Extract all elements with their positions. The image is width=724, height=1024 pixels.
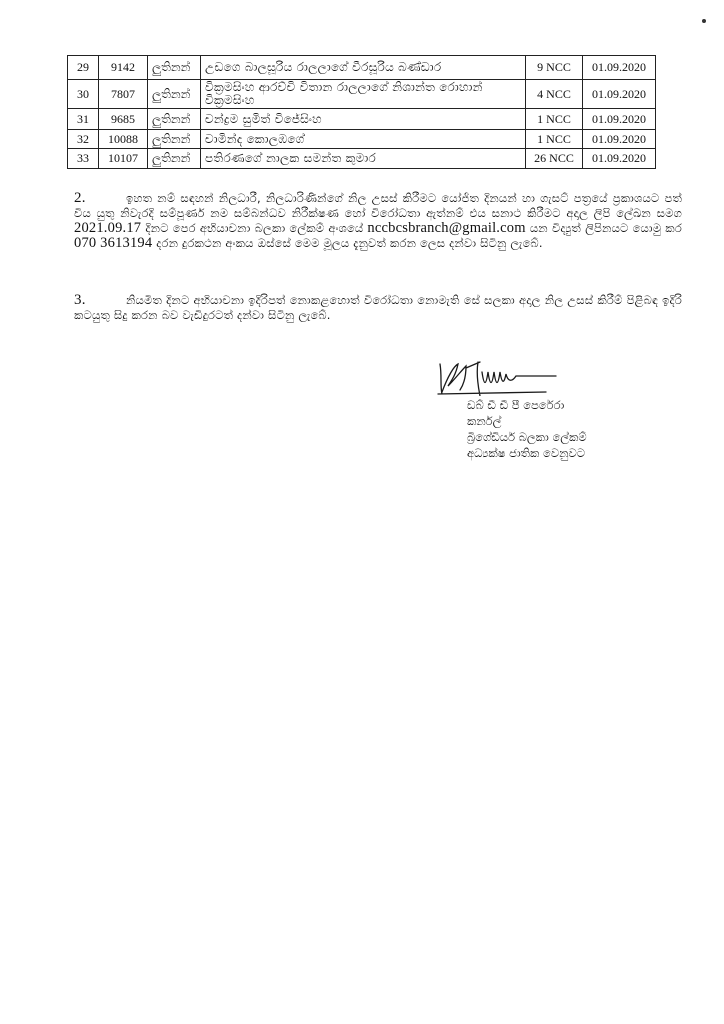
serial-number: 29 (68, 56, 99, 80)
document-page: 29 9142 ලුතිනන් උඩගෙ බාලසූරිය රාලලාගේ වී… (0, 0, 724, 1024)
paragraph-text: දිනට පෙර අභියාචනා බලකා ලේකම් අංශයේ (145, 221, 363, 235)
promotion-date: 01.09.2020 (583, 130, 656, 149)
paragraph-number: 3. (74, 293, 126, 308)
promotion-date: 01.09.2020 (583, 109, 656, 130)
officer-number: 9685 (99, 109, 148, 130)
table-row: 29 9142 ලුතිනන් උඩගෙ බාලසූරිය රාලලාගේ වී… (68, 56, 656, 80)
table-row: 32 10088 ලුතිනන් චාමින්ද කොලඹගේ 1 NCC 01… (68, 130, 656, 149)
signatory-on-behalf: අධ්‍යක්ෂ ජාතික වෙනුවට (467, 445, 587, 461)
officer-rank: ලුතිනන් (148, 80, 201, 109)
table-row: 30 7807 ලුතිනන් වික්‍රමසිංහ ආරච්චි විතාන… (68, 80, 656, 109)
signatory-name: ඩබ් ඩී ඩී පී පෙරේරා (467, 397, 587, 413)
officer-name: උඩගෙ බාලසූරිය රාලලාගේ වීරසූරිය බණ්ඩාර (201, 56, 526, 80)
promotion-date: 01.09.2020 (583, 149, 656, 169)
serial-number: 31 (68, 109, 99, 130)
officer-name: පතිරණගේ නාලක සමන්ත කුමාර (201, 149, 526, 169)
scan-mark-dot (702, 19, 706, 23)
serial-number: 33 (68, 149, 99, 169)
signatory-rank: කර්නල් (467, 413, 587, 429)
deadline-date: 2021.09.17 (74, 220, 141, 236)
officer-unit: 1 NCC (526, 130, 583, 149)
serial-number: 32 (68, 130, 99, 149)
promotion-date: 01.09.2020 (583, 56, 656, 80)
officer-rank: ලුතිනන් (148, 109, 201, 130)
paragraph-text: ඉහත නම් සඳහන් නිලධාරී, නිලධාරිණින්ගේ නිල… (74, 191, 682, 220)
paragraph-appeal-instructions: 2.ඉහත නම් සඳහන් නිලධාරී, නිලධාරිණින්ගේ න… (74, 191, 682, 251)
signatory-block: ඩබ් ඩී ඩී පී පෙරේරා කර්නල් බ්‍රිගේඩියර් … (467, 397, 587, 461)
serial-number: 30 (68, 80, 99, 109)
officer-rank: ලුතිනන් (148, 130, 201, 149)
officer-number: 9142 (99, 56, 148, 80)
paragraph-text: දරන දුරකථන අංකය ඔස්සේ මෙම මූලය දැනුවත් ක… (156, 236, 543, 250)
table-row: 31 9685 ලුතිනන් චන්ද්‍රම සුමිත් විජේසිංහ… (68, 109, 656, 130)
officer-unit: 26 NCC (526, 149, 583, 169)
contact-phone: 070 3613194 (74, 235, 152, 251)
paragraph-no-appeal-notice: 3.නියමිත දිනට අභියාචනා ඉදිරිපත් නොකළහොත්… (74, 293, 682, 323)
officer-name: වික්‍රමසිංහ ආරච්චි විතාන රාලලාගේ නිශාන්ත… (201, 80, 526, 109)
paragraph-text: යන විද්‍යුත් ලිපිනයට යොමු කර (530, 221, 682, 235)
officer-rank: ලුතිනන් (148, 56, 201, 80)
officer-rank: ලුතිනන් (148, 149, 201, 169)
promotion-list-table: 29 9142 ලුතිනන් උඩගෙ බාලසූරිය රාලලාගේ වී… (67, 55, 656, 169)
signatory-title: බ්‍රිගේඩියර් බලකා ලේකම් (467, 429, 587, 445)
officer-number: 10088 (99, 130, 148, 149)
table-row: 33 10107 ලුතිනන් පතිරණගේ නාලක සමන්ත කුමා… (68, 149, 656, 169)
paragraph-text: නියමිත දිනට අභියාචනා ඉදිරිපත් නොකළහොත් ව… (74, 293, 682, 322)
officer-name: චාමින්ද කොලඹගේ (201, 130, 526, 149)
officer-number: 10107 (99, 149, 148, 169)
promotion-date: 01.09.2020 (583, 80, 656, 109)
contact-email-link[interactable]: nccbcsbranch@gmail.com (367, 220, 525, 236)
officer-unit: 1 NCC (526, 109, 583, 130)
officer-number: 7807 (99, 80, 148, 109)
handwritten-signature-icon (436, 356, 576, 396)
officer-unit: 9 NCC (526, 56, 583, 80)
officer-name: චන්ද්‍රම සුමිත් විජේසිංහ (201, 109, 526, 130)
officer-unit: 4 NCC (526, 80, 583, 109)
paragraph-number: 2. (74, 191, 126, 206)
